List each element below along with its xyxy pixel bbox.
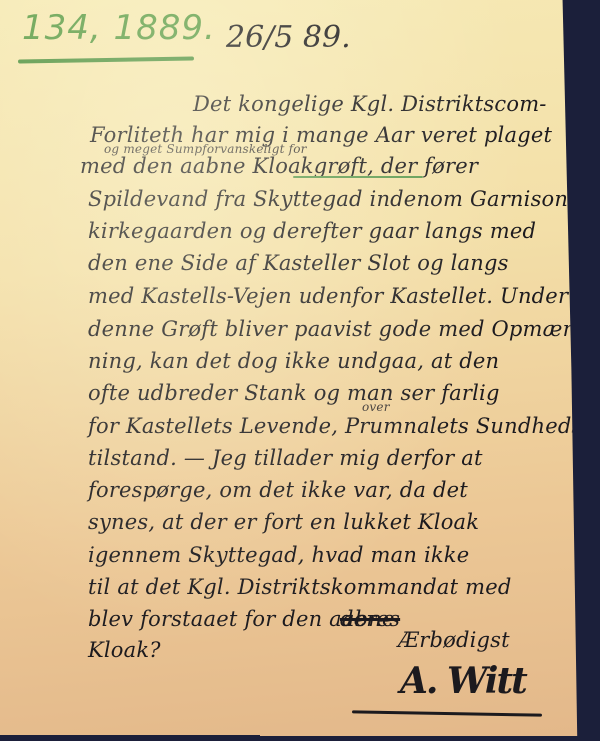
letter-line: kirkegaarden og derefter gaar langs med bbox=[88, 219, 536, 243]
letter-line: forespørge, om det ikke var, da det bbox=[88, 478, 468, 502]
letter-line: Spildevand fra Skyttegad indenom Garniso… bbox=[88, 187, 579, 211]
signature-underline bbox=[352, 710, 542, 716]
letter-line: til at det Kgl. Distriktskommandat med bbox=[88, 575, 512, 599]
letter-line: med Kastells-Vejen udenfor Kastellet. Un… bbox=[88, 284, 568, 308]
letter-line: ning, kan det dog ikke undgaa, at den bbox=[88, 349, 499, 373]
letter-line: Kloak? bbox=[88, 638, 161, 662]
letter-line: ofte udbreder Stank og man ser farlig bbox=[88, 381, 500, 405]
archive-number: 134, 1889. bbox=[22, 8, 216, 48]
document-photo: 134, 1889. 26/5 89. Det kongelige Kgl. D… bbox=[0, 0, 600, 741]
letter-line: med den aabne Kloakgrøft, der fører bbox=[80, 154, 478, 178]
letter-paper: 134, 1889. 26/5 89. Det kongelige Kgl. D… bbox=[0, 0, 586, 736]
struck-word: deres bbox=[340, 607, 400, 631]
signature: A. Witt bbox=[400, 660, 526, 702]
kloakgroft-underline bbox=[293, 176, 423, 178]
letter-line: den ene Side af Kasteller Slot og langs bbox=[88, 251, 509, 275]
letter-line: synes, at der er fort en lukket Kloak bbox=[88, 510, 479, 534]
background-edge bbox=[0, 735, 260, 741]
letter-line: igennem Skyttegad, hvad man ikke bbox=[88, 543, 469, 567]
closing: Ærbødigst bbox=[398, 628, 510, 652]
letter-line: Det kongelige Kgl. Distriktscom- bbox=[193, 92, 547, 116]
letter-line: tilstand. — Jeg tillader mig derfor at bbox=[88, 446, 483, 470]
archive-number-underline bbox=[18, 56, 194, 63]
letter-line: for Kastellets Levende, Prumnalets Sundh… bbox=[88, 414, 590, 438]
letter-line: denne Grøft bliver paavist gode med Opmæ… bbox=[88, 317, 593, 341]
letter-date: 26/5 89. bbox=[226, 20, 351, 55]
interlinear-insert-over: over bbox=[362, 400, 390, 414]
